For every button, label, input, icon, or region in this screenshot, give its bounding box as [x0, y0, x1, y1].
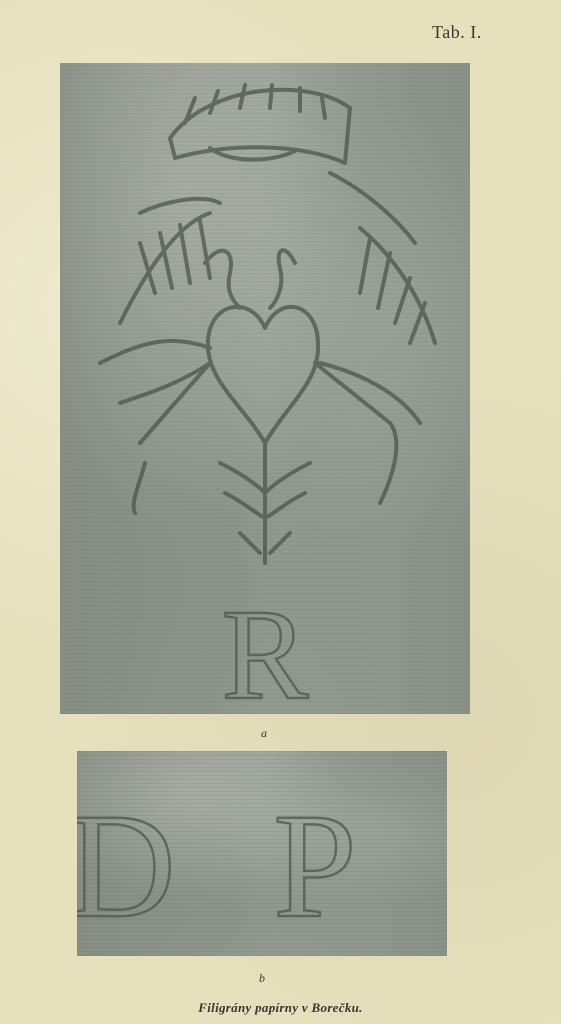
watermark-photo-b: D P [77, 751, 447, 956]
plate-caption: Filigrány papírny v Borečku. [0, 1000, 561, 1016]
watermark-letter-r: R [222, 583, 309, 714]
watermark-crowned-heart-icon: R [60, 63, 470, 714]
watermark-letters-dp: D P [77, 783, 387, 949]
watermark-photo-a: R [60, 63, 470, 714]
figure-label-a: a [261, 726, 267, 741]
watermark-letters-icon: D P [77, 751, 447, 956]
figure-label-b: b [259, 971, 265, 986]
plate-label: Tab. I. [432, 22, 482, 43]
